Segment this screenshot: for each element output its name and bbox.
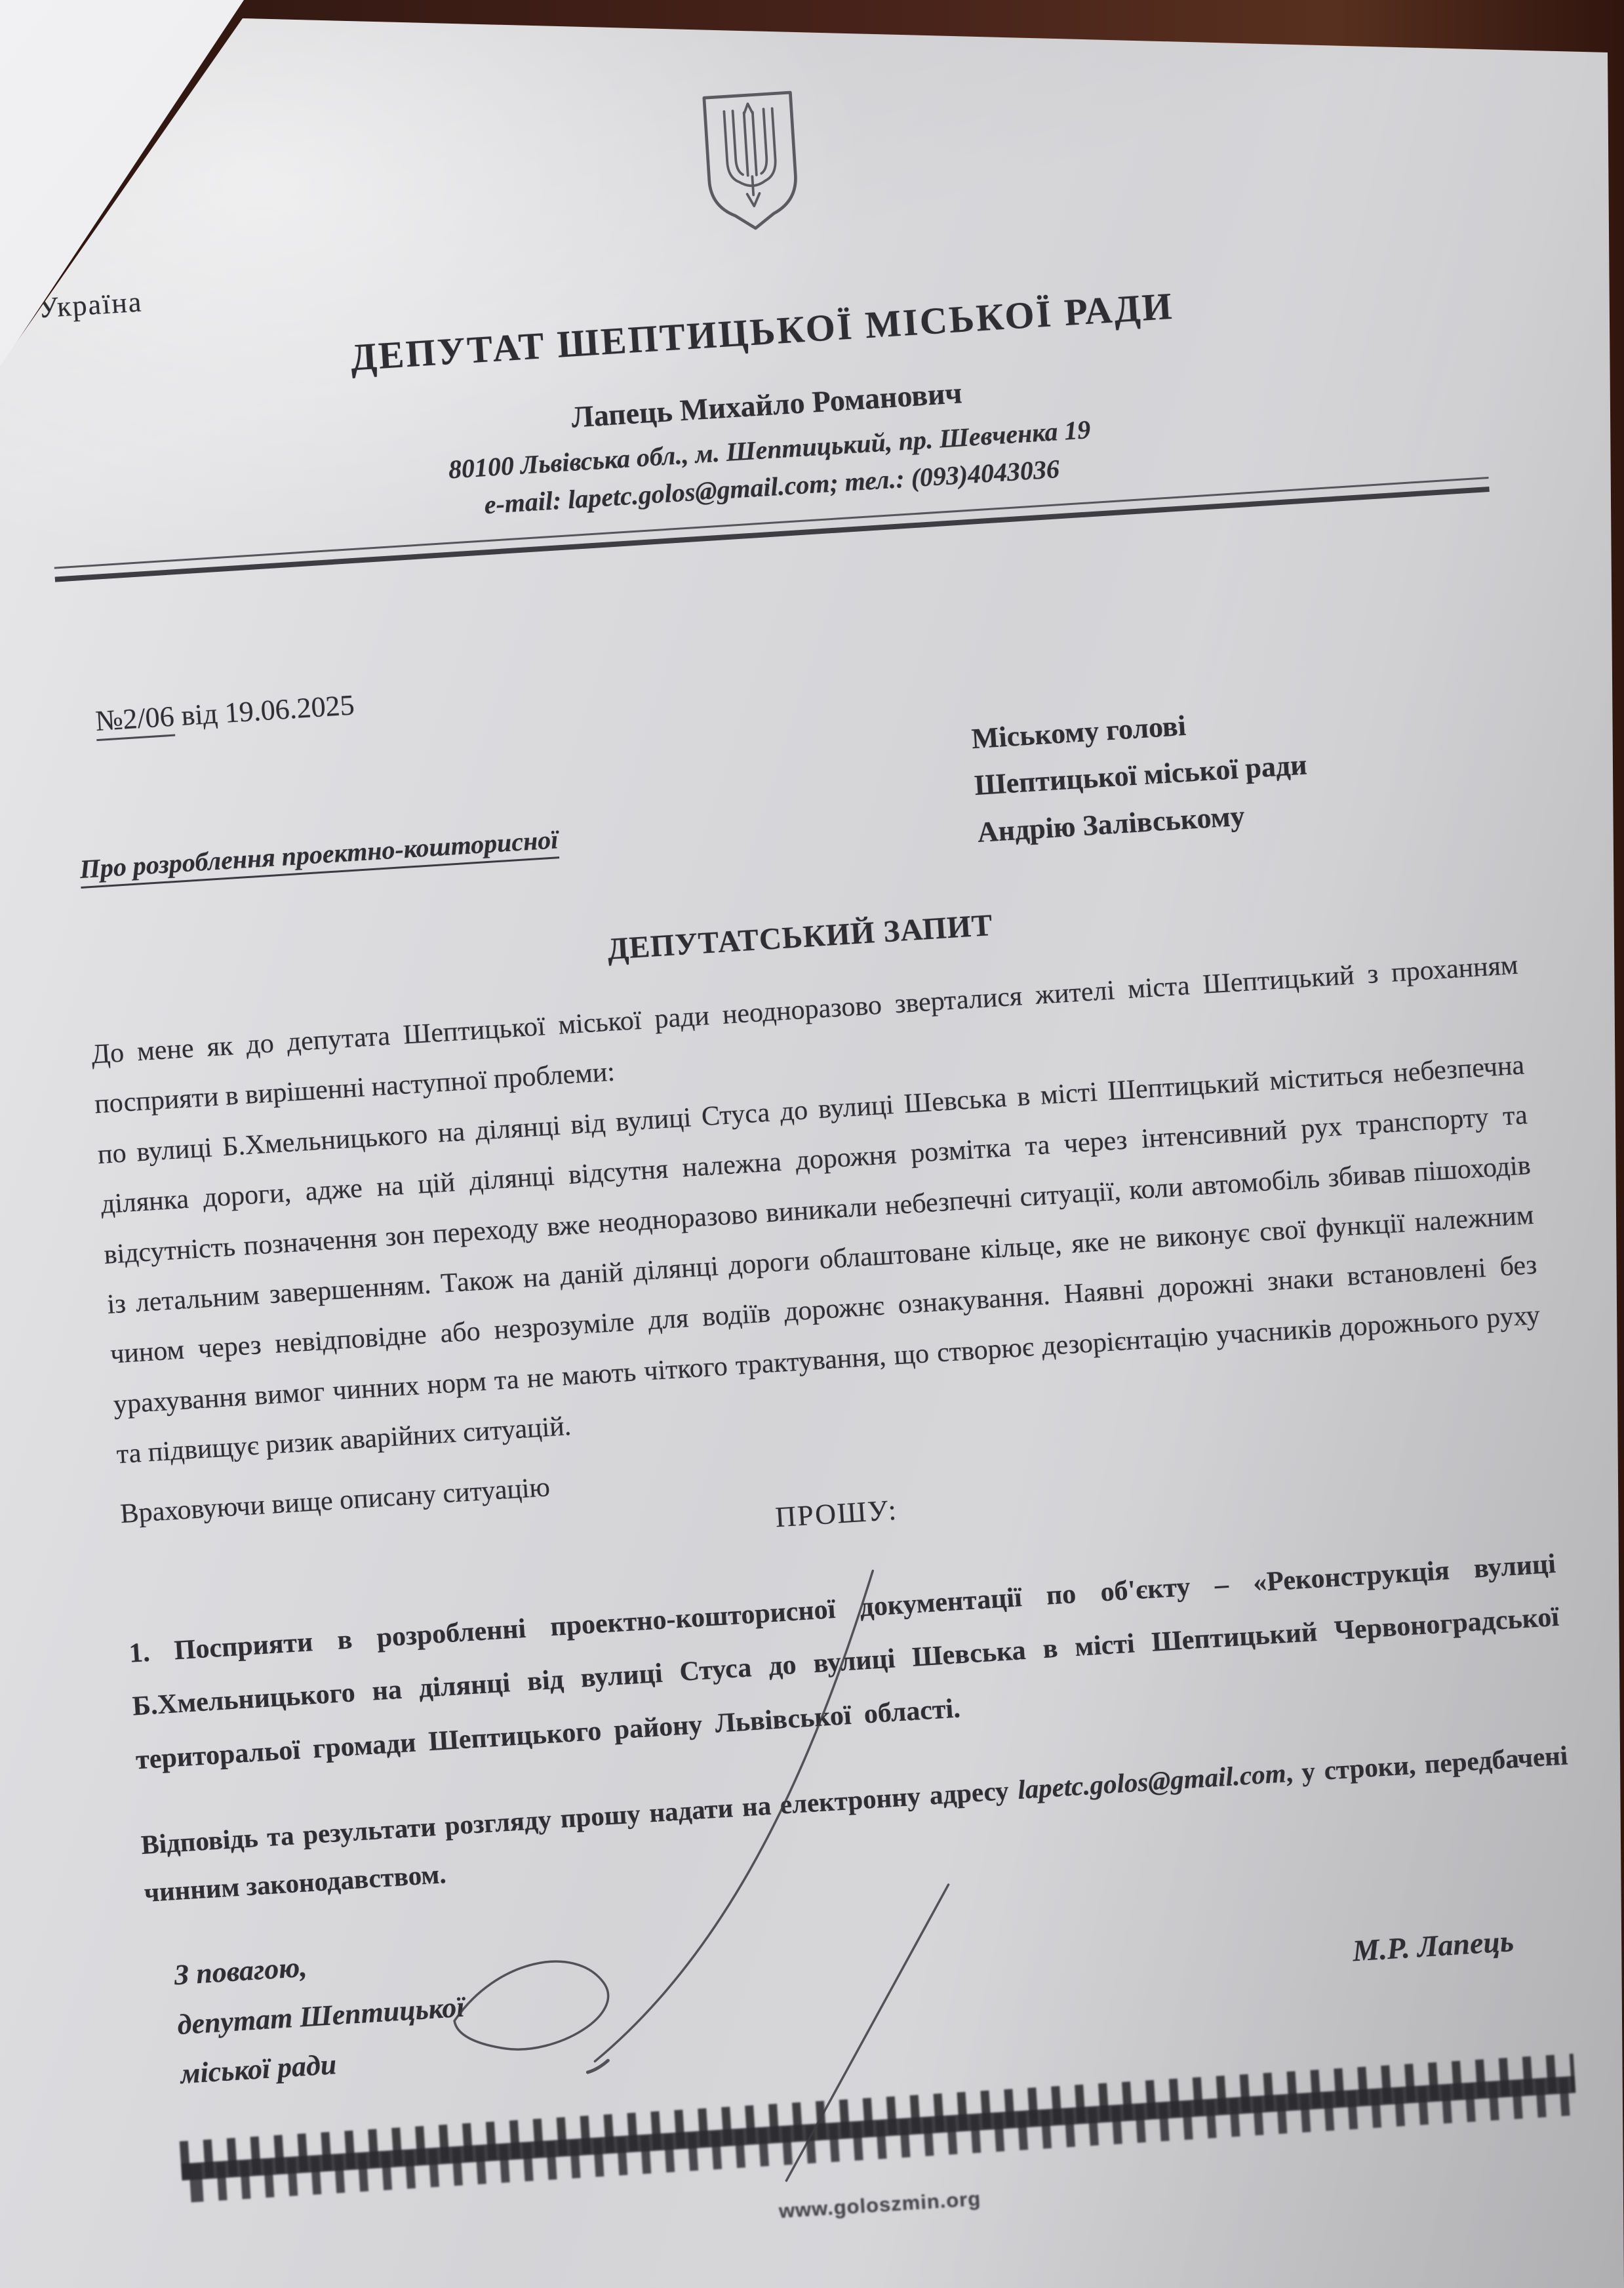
reference-number: №2/06 (94, 700, 175, 741)
closing-block: З повагою, депутат Шептицької міської ра… (173, 1933, 469, 2099)
addressee-block: Міському голові Шептицької міської ради … (970, 685, 1476, 856)
reply-email: lapetc.golos@gmail.com (1017, 1757, 1287, 1805)
document-content: Україна ДЕПУТАТ ШЕПТИЦЬКОЇ МІСЬКОЇ РАДИ … (24, 3, 1602, 2288)
document-paper: Україна ДЕПУТАТ ШЕПТИЦЬКОЇ МІСЬКОЇ РАДИ … (0, 0, 1624, 2288)
photo-background: Україна ДЕПУТАТ ШЕПТИЦЬКОЇ МІСЬКОЇ РАДИ … (0, 0, 1624, 2288)
reply-text-pre: Відповідь та результати розгляду прошу н… (140, 1775, 1019, 1860)
subject-line: Про розроблення проектно-кошторисної (79, 824, 559, 885)
signatory-name: М.Р. Лапець (1351, 1923, 1515, 1968)
reference-date: від 19.06.2025 (173, 689, 355, 732)
